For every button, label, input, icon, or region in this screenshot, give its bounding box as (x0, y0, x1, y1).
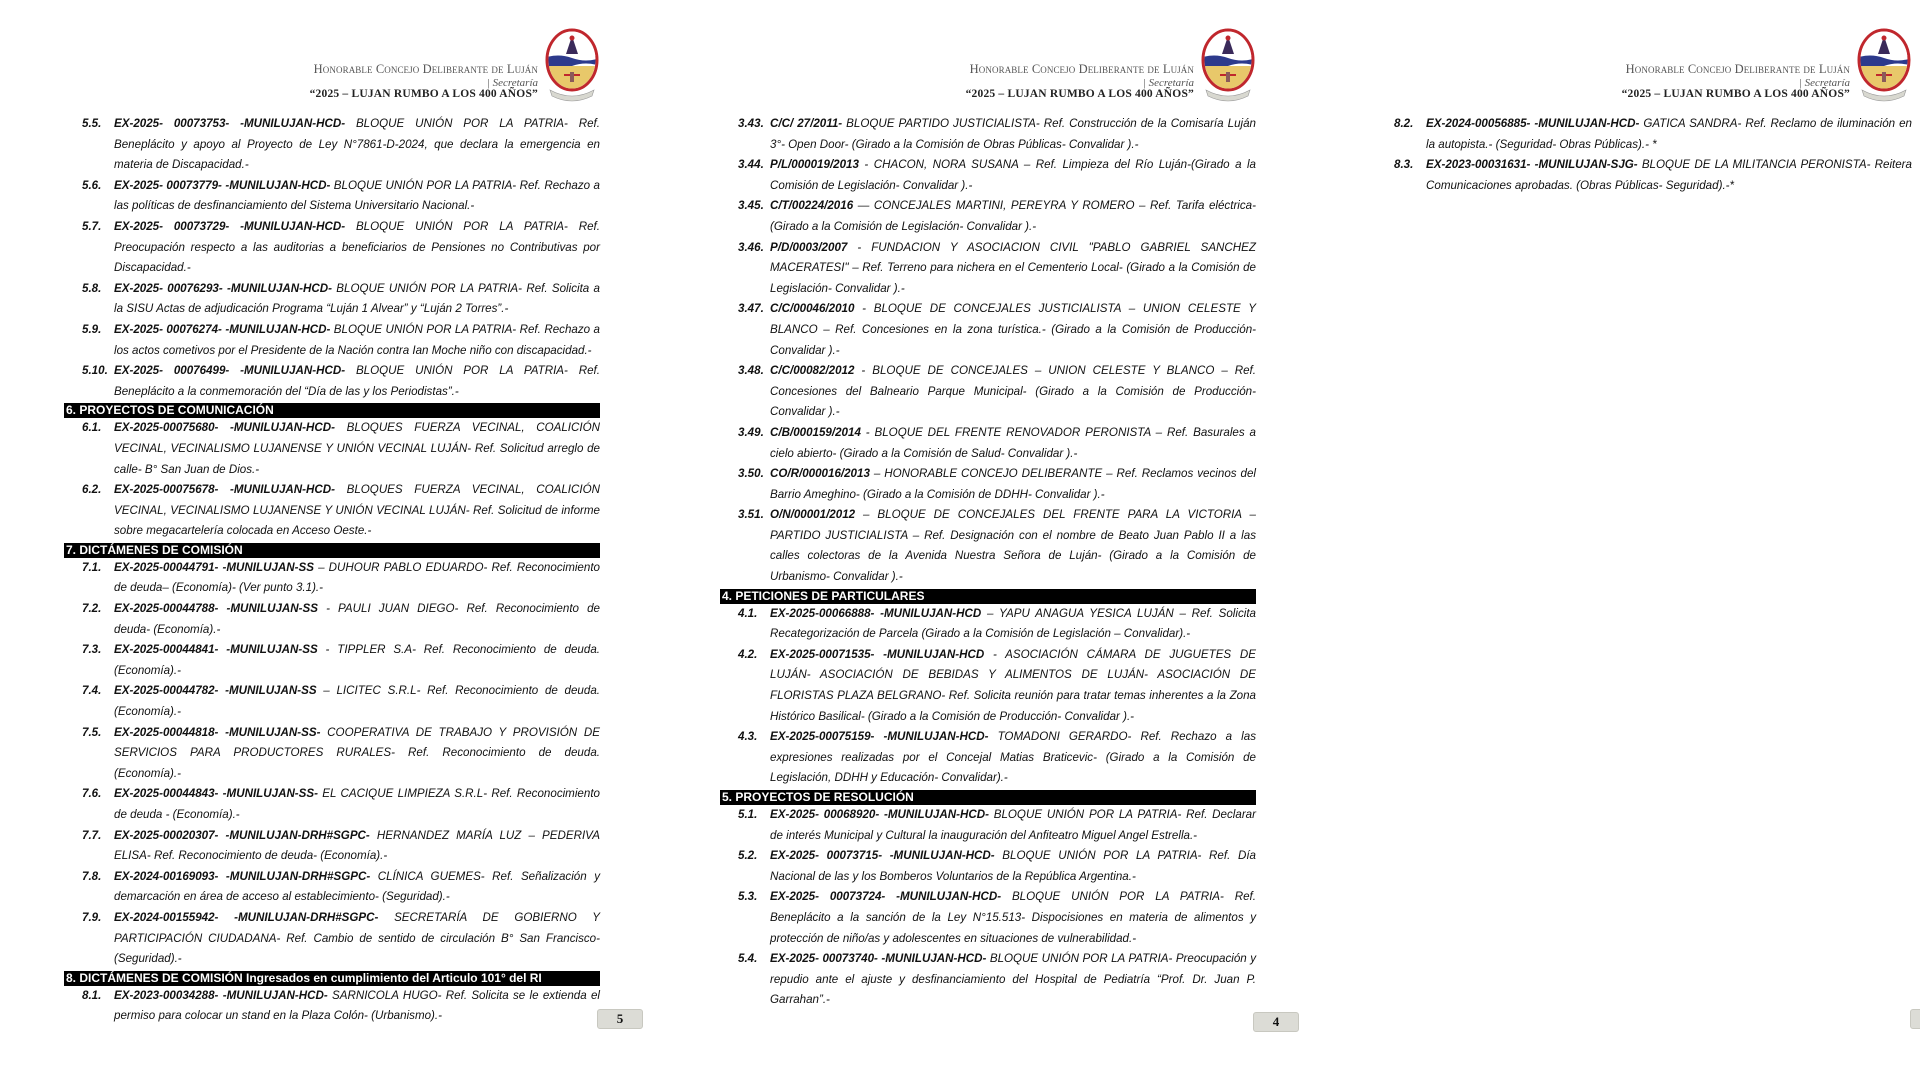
agenda-item: 7.5.EX-2025-00044818- -MUNILUJAN-SS- COO… (82, 723, 600, 785)
agenda-item: 3.48.C/C/00082/2012 - BLOQUE DE CONCEJAL… (738, 361, 1256, 423)
agenda-item: 7.6.EX-2025-00044843- -MUNILUJAN-SS- EL … (82, 784, 600, 825)
agenda-item: 5.3.EX-2025- 00073724- -MUNILUJAN-HCD- B… (738, 887, 1256, 949)
item-number: 5.2. (738, 846, 757, 867)
agenda-item: 5.6.EX-2025- 00073779- -MUNILUJAN-HCD- B… (82, 176, 600, 217)
item-file-code: EX-2025-00075678- -MUNILUJAN-HCD- (114, 483, 335, 496)
item-file-code: C/C/00046/2010 (770, 302, 854, 315)
item-number: 7.1. (82, 558, 101, 579)
agenda-item: 6.1.EX-2025-00075680- -MUNILUJAN-HCD- BL… (82, 418, 600, 480)
item-file-code: EX-2025-00044841- -MUNILUJAN-SS (114, 643, 318, 656)
item-number: 5.3. (738, 887, 757, 908)
item-file-code: EX-2025- 00076293- -MUNILUJAN-HCD- (114, 282, 332, 295)
header-motto: “2025 – LUJAN RUMBO A LOS 400 AÑOS” (966, 88, 1194, 100)
item-file-code: C/T/00224/2016 (770, 199, 853, 212)
item-number: 7.6. (82, 784, 101, 805)
page-number: 4 (1253, 1012, 1299, 1032)
item-file-code: EX-2025-00066888- -MUNILUJAN-HCD (770, 607, 981, 620)
item-number: 3.48. (738, 361, 764, 382)
municipal-crest-icon (1200, 28, 1256, 102)
page-number (1910, 1009, 1920, 1029)
item-file-code: EX-2025- 00073715- -MUNILUJAN-HCD- (770, 849, 995, 862)
document-page-4: Honorable Concejo Deliberante de Luján |… (656, 0, 1316, 1080)
document-page-next: Honorable Concejo Deliberante de Luján |… (1312, 0, 1920, 1080)
agenda-item: 3.44.P/L/000019/2013 - CHACON, NORA SUSA… (738, 155, 1256, 196)
item-number: 3.50. (738, 464, 764, 485)
agenda-item: 3.50.CO/R/000016/2013 – HONORABLE CONCEJ… (738, 464, 1256, 505)
item-number: 7.7. (82, 826, 101, 847)
item-number: 7.4. (82, 681, 101, 702)
item-number: 3.43. (738, 114, 764, 135)
item-number: 3.47. (738, 299, 764, 320)
agenda-item: 3.51.O/N/00001/2012 – BLOQUE DE CONCEJAL… (738, 505, 1256, 587)
item-number: 6.2. (82, 480, 101, 501)
agenda-item: 8.2.EX-2024-00056885- -MUNILUJAN-HCD- GA… (1394, 114, 1912, 155)
agenda-item: 7.4.EX-2025-00044782- -MUNILUJAN-SS – LI… (82, 681, 600, 722)
item-number: 3.49. (738, 423, 764, 444)
item-file-code: EX-2025-00044782- -MUNILUJAN-SS (114, 684, 317, 697)
item-file-code: O/N/00001/2012 (770, 508, 855, 521)
item-number: 5.10. (82, 361, 108, 382)
item-number: 7.9. (82, 908, 101, 929)
item-number: 4.2. (738, 645, 757, 666)
item-file-code: EX-2024-00169093- -MUNILUJAN-DRH#SGPC- (114, 870, 370, 883)
item-number: 7.2. (82, 599, 101, 620)
agenda-item: 5.1.EX-2025- 00068920- -MUNILUJAN-HCD- B… (738, 805, 1256, 846)
agenda-item: 5.5.EX-2025- 00073753- -MUNILUJAN-HCD- B… (82, 114, 600, 176)
item-number: 4.3. (738, 727, 757, 748)
item-file-code: EX-2024-00155942- -MUNILUJAN-DRH#SGPC- (114, 911, 378, 924)
page-body: 5.5.EX-2025- 00073753- -MUNILUJAN-HCD- B… (82, 114, 600, 1027)
item-file-code: EX-2025- 00076499- -MUNILUJAN-HCD- (114, 364, 345, 377)
item-file-code: EX-2024-00056885- -MUNILUJAN-HCD- (1426, 117, 1639, 130)
item-file-code: EX-2025- 00073779- -MUNILUJAN-HCD- (114, 179, 330, 192)
page-header: Honorable Concejo Deliberante de Luján |… (1312, 28, 1912, 104)
header-title: Honorable Concejo Deliberante de Luján (1626, 62, 1850, 77)
agenda-item: 7.7.EX-2025-00020307- -MUNILUJAN-DRH#SGP… (82, 826, 600, 867)
item-file-code: CO/R/000016/2013 (770, 467, 870, 480)
agenda-item: 3.47.C/C/00046/2010 - BLOQUE DE CONCEJAL… (738, 299, 1256, 361)
item-number: 5.8. (82, 279, 101, 300)
item-description: BLOQUE PARTIDO JUSTICIALISTA- Ref. Const… (770, 117, 1256, 151)
header-title: Honorable Concejo Deliberante de Luján (970, 62, 1194, 77)
item-file-code: EX-2025-00075680- -MUNILUJAN-HCD- (114, 421, 335, 434)
section-header: 6. PROYECTOS DE COMUNICACIÓN (64, 403, 600, 418)
item-file-code: EX-2025- 00073753- -MUNILUJAN-HCD- (114, 117, 345, 130)
agenda-item: 5.7.EX-2025- 00073729- -MUNILUJAN-HCD- B… (82, 217, 600, 279)
item-number: 7.3. (82, 640, 101, 661)
agenda-item: 7.8.EX-2024-00169093- -MUNILUJAN-DRH#SGP… (82, 867, 600, 908)
item-file-code: C/C/00082/2012 (770, 364, 854, 377)
item-file-code: EX-2025- 00073724- -MUNILUJAN-HCD- (770, 890, 1001, 903)
agenda-item: 8.1.EX-2023-00034288- -MUNILUJAN-HCD- SA… (82, 986, 600, 1027)
item-number: 3.46. (738, 238, 764, 259)
item-file-code: P/L/000019/2013 (770, 158, 859, 171)
item-number: 5.7. (82, 217, 101, 238)
section-header: 8. DICTÁMENES DE COMISIÓN Ingresados en … (64, 971, 600, 986)
municipal-crest-icon (544, 28, 600, 102)
item-number: 3.44. (738, 155, 764, 176)
item-number: 7.5. (82, 723, 101, 744)
agenda-item: 4.1.EX-2025-00066888- -MUNILUJAN-HCD – Y… (738, 604, 1256, 645)
page-header: Honorable Concejo Deliberante de Luján |… (656, 28, 1256, 104)
agenda-item: 7.2.EX-2025-00044788- -MUNILUJAN-SS - PA… (82, 599, 600, 640)
item-number: 6.1. (82, 418, 101, 439)
item-number: 8.2. (1394, 114, 1413, 135)
item-number: 4.1. (738, 604, 757, 625)
header-motto: “2025 – LUJAN RUMBO A LOS 400 AÑOS” (310, 88, 538, 100)
item-file-code: EX-2025-00044818- -MUNILUJAN-SS- (114, 726, 320, 739)
agenda-item: 5.4.EX-2025- 00073740- -MUNILUJAN-HCD- B… (738, 949, 1256, 1011)
item-number: 5.1. (738, 805, 757, 826)
item-file-code: EX-2025-00075159- -MUNILUJAN-HCD- (770, 730, 988, 743)
item-file-code: C/B/000159/2014 (770, 426, 861, 439)
agenda-item: 4.3.EX-2025-00075159- -MUNILUJAN-HCD- TO… (738, 727, 1256, 789)
item-file-code: EX-2025-00020307- -MUNILUJAN-DRH#SGPC- (114, 829, 370, 842)
item-number: 8.1. (82, 986, 101, 1007)
item-number: 5.5. (82, 114, 101, 135)
document-page-5: Honorable Concejo Deliberante de Luján |… (0, 0, 660, 1080)
page-body: 8.2.EX-2024-00056885- -MUNILUJAN-HCD- GA… (1394, 114, 1912, 196)
agenda-item: 5.2.EX-2025- 00073715- -MUNILUJAN-HCD- B… (738, 846, 1256, 887)
item-file-code: EX-2023-00034288- -MUNILUJAN-HCD- (114, 989, 328, 1002)
agenda-item: 7.1.EX-2025-00044791- -MUNILUJAN-SS – DU… (82, 558, 600, 599)
agenda-item: 4.2.EX-2025-00071535- -MUNILUJAN-HCD - A… (738, 645, 1256, 727)
page-header: Honorable Concejo Deliberante de Luján |… (0, 28, 600, 104)
agenda-item: 3.46.P/D/0003/2007 - FUNDACION Y ASOCIAC… (738, 238, 1256, 300)
item-file-code: EX-2025-00071535- -MUNILUJAN-HCD (770, 648, 984, 661)
item-file-code: EX-2025- 00073729- -MUNILUJAN-HCD- (114, 220, 345, 233)
item-number: 8.3. (1394, 155, 1413, 176)
item-number: 3.45. (738, 196, 764, 217)
item-file-code: EX-2025- 00068920- -MUNILUJAN-HCD- (770, 808, 989, 821)
agenda-item: 7.9.EX-2024-00155942- -MUNILUJAN-DRH#SGP… (82, 908, 600, 970)
item-number: 5.9. (82, 320, 101, 341)
agenda-item: 5.8.EX-2025- 00076293- -MUNILUJAN-HCD- B… (82, 279, 600, 320)
agenda-item: 5.9.EX-2025- 00076274- -MUNILUJAN-HCD- B… (82, 320, 600, 361)
agenda-item: 3.49.C/B/000159/2014 - BLOQUE DEL FRENTE… (738, 423, 1256, 464)
section-header: 4. PETICIONES DE PARTICULARES (720, 589, 1256, 604)
item-number: 5.4. (738, 949, 757, 970)
header-title: Honorable Concejo Deliberante de Luján (314, 62, 538, 77)
item-file-code: EX-2025-00044843- -MUNILUJAN-SS- (114, 787, 318, 800)
page-body: 3.43.C/C/ 27/2011- BLOQUE PARTIDO JUSTIC… (738, 114, 1256, 1011)
section-header: 7. DICTÁMENES DE COMISIÓN (64, 543, 600, 558)
agenda-item: 3.43.C/C/ 27/2011- BLOQUE PARTIDO JUSTIC… (738, 114, 1256, 155)
item-file-code: EX-2025-00044788- -MUNILUJAN-SS (114, 602, 318, 615)
agenda-item: 5.10.EX-2025- 00076499- -MUNILUJAN-HCD- … (82, 361, 600, 402)
item-number: 7.8. (82, 867, 101, 888)
page-number: 5 (597, 1009, 643, 1029)
item-number: 5.6. (82, 176, 101, 197)
item-number: 3.51. (738, 505, 764, 526)
agenda-item: 7.3.EX-2025-00044841- -MUNILUJAN-SS - TI… (82, 640, 600, 681)
header-motto: “2025 – LUJAN RUMBO A LOS 400 AÑOS” (1622, 88, 1850, 100)
item-file-code: EX-2025- 00073740- -MUNILUJAN-HCD- (770, 952, 986, 965)
item-file-code: EX-2025-00044791- -MUNILUJAN-SS (114, 561, 314, 574)
section-header: 5. PROYECTOS DE RESOLUCIÓN (720, 790, 1256, 805)
item-file-code: C/C/ 27/2011- (770, 117, 842, 130)
agenda-item: 6.2.EX-2025-00075678- -MUNILUJAN-HCD- BL… (82, 480, 600, 542)
agenda-item: 8.3.EX-2023-00031631- -MUNILUJAN-SJG- BL… (1394, 155, 1912, 196)
municipal-crest-icon (1856, 28, 1912, 102)
item-file-code: EX-2023-00031631- -MUNILUJAN-SJG- (1426, 158, 1638, 171)
agenda-item: 3.45.C/T/00224/2016 — CONCEJALES MARTINI… (738, 196, 1256, 237)
item-file-code: P/D/0003/2007 (770, 241, 847, 254)
item-file-code: EX-2025- 00076274- -MUNILUJAN-HCD- (114, 323, 330, 336)
